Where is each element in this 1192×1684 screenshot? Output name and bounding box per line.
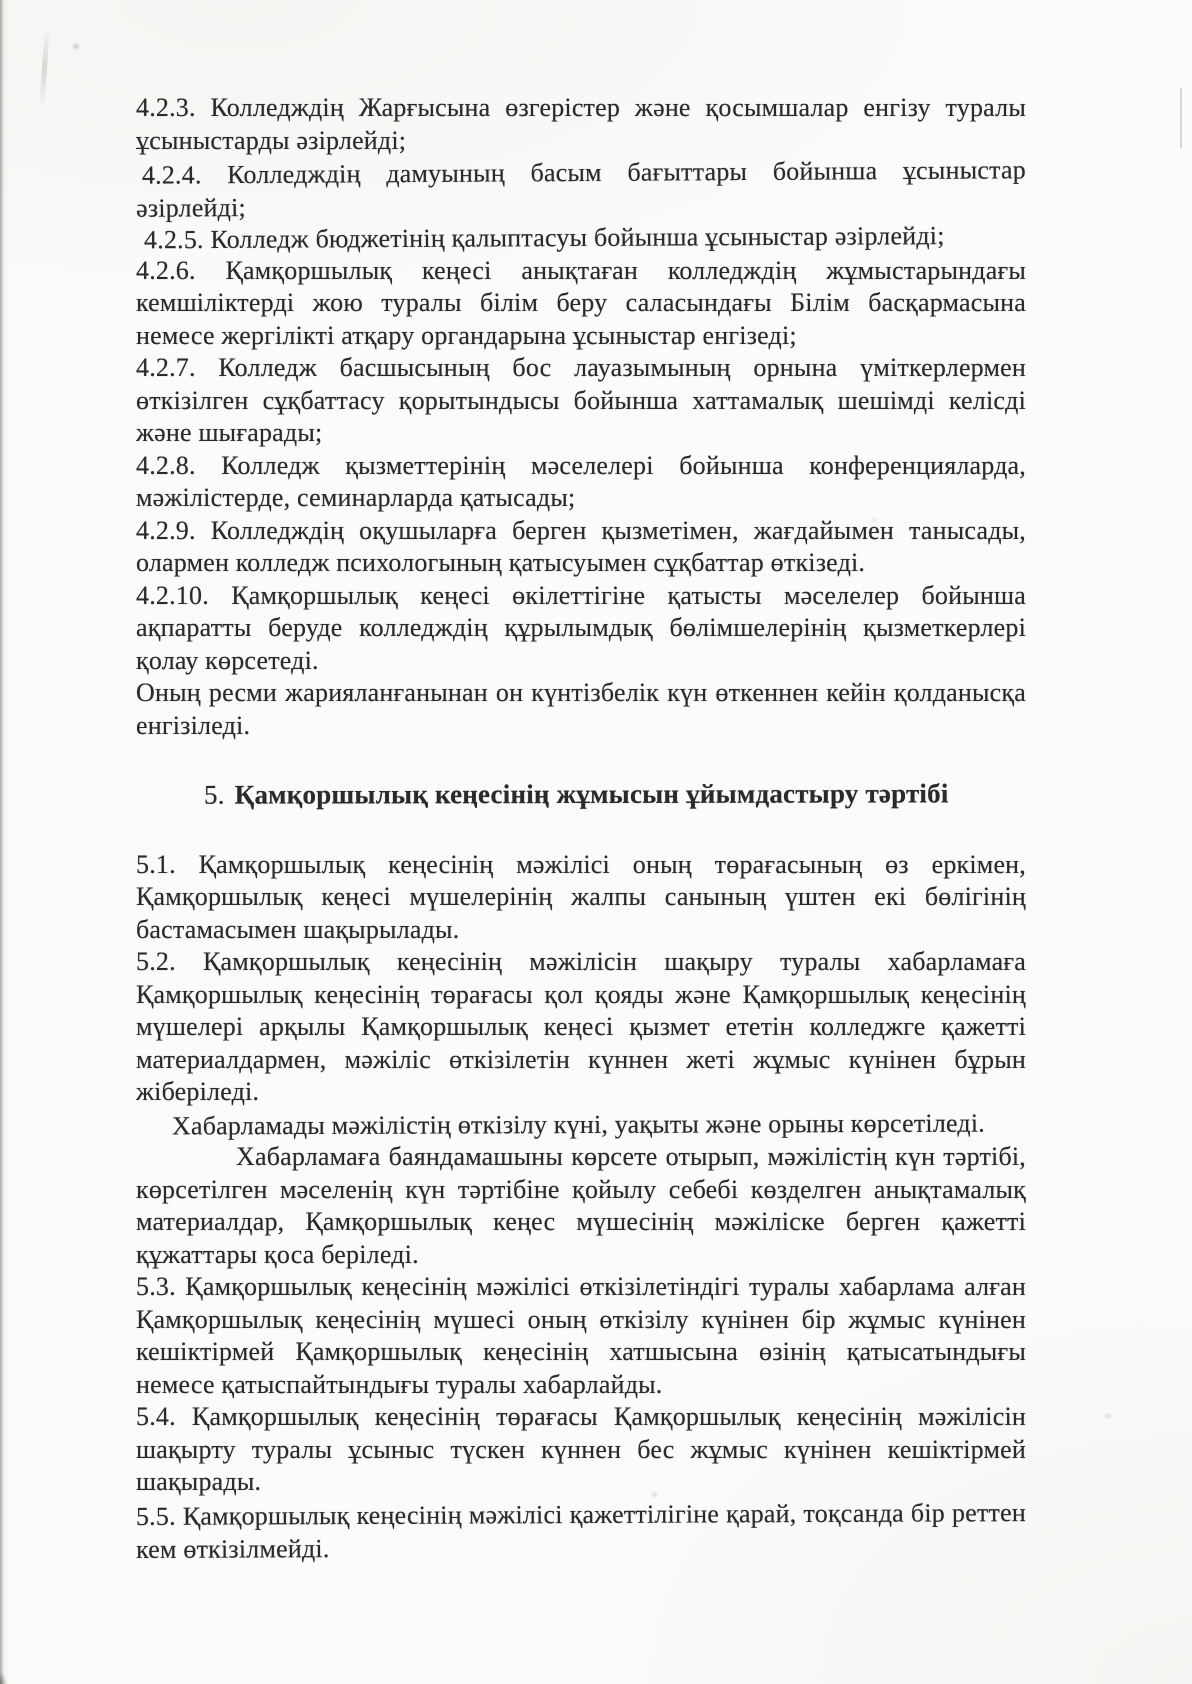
clause-4-2-6: 4.2.6. Қамқоршылық кеңесі анықтаған колл… <box>136 255 1026 353</box>
document-page: 4.2.3. Колледждің Жарғысына өзгерістер ж… <box>0 0 1192 1684</box>
clause-4-2-3: 4.2.3. Колледждің Жарғысына өзгерістер ж… <box>136 92 1026 157</box>
section-number: 5. <box>204 780 235 810</box>
clause-5-1: 5.1. Қамқоршылық кеңесінің мәжілісі оның… <box>136 849 1026 947</box>
clause-5-2: 5.2. Қамқоршылық кеңесінің мәжілісін шақ… <box>136 946 1026 1109</box>
clause-4-2-7: 4.2.7. Колледж басшысының бос лауазымыны… <box>136 352 1026 450</box>
clause-5-4: 5.4. Қамқоршылық кеңесінің төрағасы Қамқ… <box>136 1401 1026 1499</box>
clause-4-2-4: 4.2.4. Колледждің дамуының басым бағытта… <box>136 154 1026 224</box>
clause-5-5: 5.5. Қамқоршылық кеңесінің мәжілісі қаже… <box>136 1497 1026 1566</box>
clause-4-2-8: 4.2.8. Колледж қызметтерінің мәселелері … <box>136 450 1026 515</box>
document-text: 4.2.3. Колледждің Жарғысына өзгерістер ж… <box>136 92 1026 1564</box>
paragraph-entry-into-force: Оның ресми жарияланғанынан он күнтізбелі… <box>136 677 1026 742</box>
section-title: Қамқоршылық кеңесінің жұмысын ұйымдастыр… <box>235 778 949 809</box>
scan-edge-left <box>0 0 4 1684</box>
clause-4-2-9: 4.2.9. Колледждің оқушыларға берген қызм… <box>136 515 1026 580</box>
paragraph-notice-attachments: Хабарламаға баяндамашыны көрсете отырып,… <box>136 1141 1026 1271</box>
scan-line-artifact <box>1180 88 1182 148</box>
clause-4-2-10: 4.2.10. Қамқоршылық кеңесі өкілеттігіне … <box>136 580 1026 678</box>
scan-speck <box>73 44 79 49</box>
scan-streak-artifact <box>39 28 50 108</box>
scan-edge-bottom-left <box>0 1658 14 1684</box>
section-heading-5: 5.Қамқоршылық кеңесінің жұмысын ұйымдаст… <box>136 777 1026 811</box>
clause-4-2-5: 4.2.5. Колледж бюджетінің қалыптасуы бой… <box>136 220 1026 257</box>
scan-speck <box>1104 1414 1111 1418</box>
paragraph-notice-details: Хабарламады мәжілістің өткізілу күні, уа… <box>136 1107 1026 1143</box>
clause-5-3: 5.3. Қамқоршылық кеңесінің мәжілісі өткі… <box>136 1271 1026 1401</box>
